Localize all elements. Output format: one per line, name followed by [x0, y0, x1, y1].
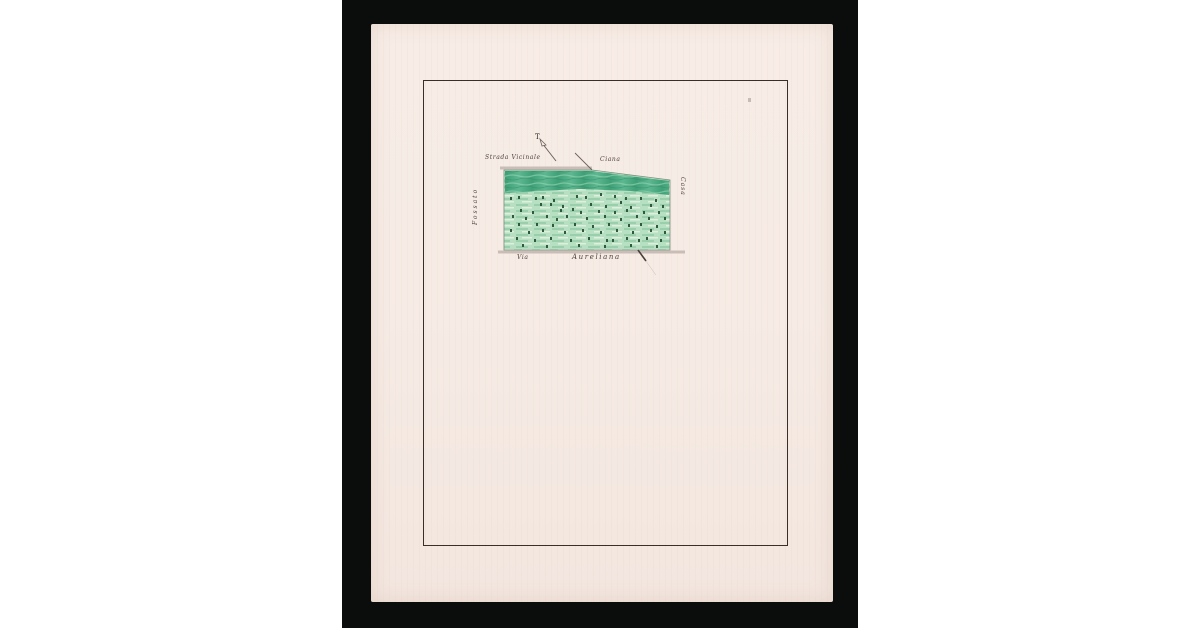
label-right-side: Casa [679, 177, 686, 196]
label-bottom-center: Aureliana [572, 253, 621, 261]
label-top-left: Strada Vicinale [485, 154, 541, 161]
label-bottom-left: Via [517, 254, 529, 261]
field-map: T Strada Vicinale Ciana Via Aureliana Fo… [480, 125, 700, 275]
label-left-side: Fossato [472, 188, 479, 225]
boundary-trace [646, 261, 670, 275]
page-mark [748, 98, 751, 102]
svg-text:T: T [535, 133, 540, 141]
label-top-right: Ciana [600, 156, 621, 163]
